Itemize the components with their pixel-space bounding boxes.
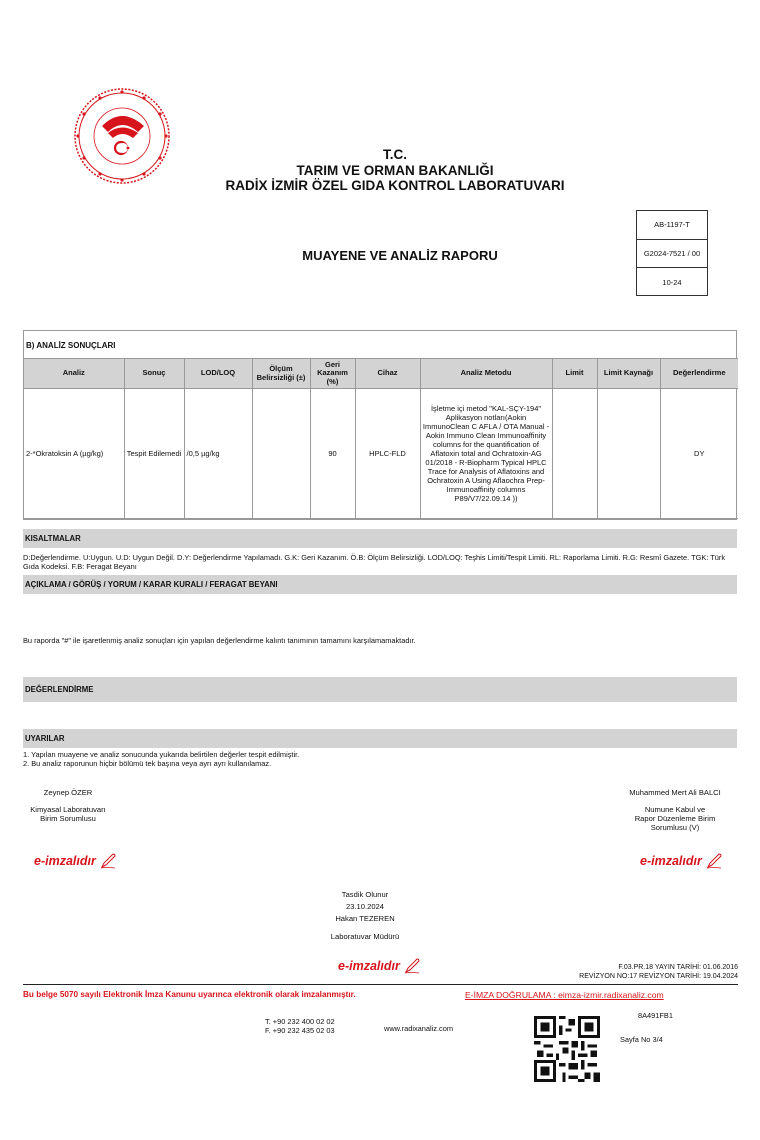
col-limit: Limit	[552, 359, 597, 389]
results-table: Analiz Sonuç LOD/LOQ Ölçüm Belirsizliği …	[24, 358, 738, 519]
verification-code: 8A491FB1	[638, 1011, 673, 1020]
cell-geri-kazanim: 90	[310, 389, 355, 519]
esignature-verify-link[interactable]: E-İMZA DOĞRULAMA : eimza-izmir.radixanal…	[465, 990, 664, 1000]
results-section-title: B) ANALİZ SONUÇLARI	[24, 331, 736, 358]
warnings-list: 1. Yapılan muayene ve analiz sonucunda y…	[23, 750, 737, 768]
warnings-title: UYARILAR	[23, 729, 737, 748]
col-limit-kaynagi: Limit Kaynağı	[597, 359, 660, 389]
header-ministry: TARIM VE ORMAN BAKANLIĞI	[180, 163, 610, 179]
signer-name: Hakan TEZEREN	[290, 913, 440, 925]
signature-right: Muhammed Mert Ali BALCI Numune Kabul ve …	[600, 788, 750, 832]
fax: F. +90 232 435 02 03	[265, 1026, 335, 1035]
remarks-text: Bu raporda "#" ile işaretlenmiş analiz s…	[23, 636, 737, 645]
esignature-center: e-imzalıdır	[338, 957, 421, 975]
approval-label: Tasdik Olunur	[290, 889, 440, 901]
table-header-row: Analiz Sonuç LOD/LOQ Ölçüm Belirsizliği …	[24, 359, 738, 389]
signer-role: Kimyasal Laboratuvarı Birim Sorumlusu	[18, 805, 118, 823]
esignature-right: e-imzalıdır	[640, 852, 723, 870]
col-olcum-belirsizligi: Ölçüm Belirsizliği (±)	[252, 359, 310, 389]
qr-code-icon	[534, 1016, 600, 1082]
table-row: 2-*Okratoksin A (µg/kg) Tespit Edilemedi…	[24, 389, 738, 519]
reference-box: AB-1197-T G2024-7521 / 00 10-24	[636, 210, 708, 296]
abbreviations-title: KISALTMALAR	[23, 529, 737, 548]
cell-analiz: 2-*Okratoksin A (µg/kg)	[24, 389, 124, 519]
footer-divider	[23, 984, 738, 985]
cell-lod-loq: /0,5 µg/kg	[184, 389, 252, 519]
page-number: Sayfa No 3/4	[620, 1035, 663, 1044]
website-link[interactable]: www.radixanaliz.com	[384, 1024, 453, 1033]
cell-limit	[552, 389, 597, 519]
pen-icon	[403, 957, 421, 975]
institution-header: T.C. TARIM VE ORMAN BAKANLIĞI RADİX İZMİ…	[180, 147, 610, 194]
form-revision-info: F.03.PR.18 YAYIN TARİHİ: 01.06.2016 REVİ…	[508, 963, 738, 981]
cell-degerlendirme: DY	[660, 389, 738, 519]
col-analiz-metodu: Analiz Metodu	[420, 359, 552, 389]
signature-center: Tasdik Olunur 23.10.2024 Hakan TEZEREN L…	[290, 889, 440, 943]
ministry-seal-icon	[72, 86, 172, 186]
warning-item: 2. Bu analiz raporunun hiçbir bölümü tek…	[23, 759, 737, 768]
contact-info: T. +90 232 400 02 02 F. +90 232 435 02 0…	[265, 1017, 335, 1035]
evaluation-title: DEĞERLENDİRME	[23, 677, 737, 702]
signer-role: Numune Kabul ve Rapor Düzenleme Birim So…	[600, 805, 750, 832]
col-degerlendirme: Değerlendirme	[660, 359, 738, 389]
approval-date: 23.10.2024	[290, 901, 440, 913]
legal-notice: Bu belge 5070 sayılı Elektronik İmza Kan…	[23, 990, 356, 999]
warning-item: 1. Yapılan muayene ve analiz sonucunda y…	[23, 750, 737, 759]
col-sonuc: Sonuç	[124, 359, 184, 389]
remarks-title: AÇIKLAMA / GÖRÜŞ / YORUM / KARAR KURALI …	[23, 575, 737, 594]
col-cihaz: Cihaz	[355, 359, 420, 389]
header-lab: RADİX İZMİR ÖZEL GIDA KONTROL LABORATUVA…	[180, 178, 610, 194]
report-title: MUAYENE VE ANALİZ RAPORU	[240, 248, 560, 263]
ministry-seal-logo	[72, 86, 172, 186]
header-tc: T.C.	[180, 147, 610, 163]
analysis-results-section: B) ANALİZ SONUÇLARI Analiz Sonuç LOD/LOQ…	[23, 330, 737, 520]
report-period: 10-24	[637, 268, 707, 297]
report-number: G2024-7521 / 00	[637, 240, 707, 269]
cell-cihaz: HPLC-FLD	[355, 389, 420, 519]
col-analiz: Analiz	[24, 359, 124, 389]
pen-icon	[705, 852, 723, 870]
signer-name: Muhammed Mert Ali BALCI	[600, 788, 750, 797]
signer-name: Zeynep ÖZER	[18, 788, 118, 797]
signature-left: Zeynep ÖZER Kimyasal Laboratuvarı Birim …	[18, 788, 118, 823]
esignature-left: e-imzalıdır	[34, 852, 117, 870]
col-geri-kazanim: Geri Kazanım (%)	[310, 359, 355, 389]
abbreviations-text: D:Değerlendirme. U:Uygun. U.D: Uygun Değ…	[23, 553, 737, 571]
signer-role: Laboratuvar Müdürü	[290, 931, 440, 943]
cell-olcum-belirsizligi	[252, 389, 310, 519]
col-lod-loq: LOD/LOQ	[184, 359, 252, 389]
cell-sonuc: Tespit Edilemedi	[124, 389, 184, 519]
accreditation-code: AB-1197-T	[637, 211, 707, 240]
cell-limit-kaynagi	[597, 389, 660, 519]
phone: T. +90 232 400 02 02	[265, 1017, 335, 1026]
pen-icon	[99, 852, 117, 870]
cell-analiz-metodu: İşletme içi metod "KAL-SÇY-194" Aplikasy…	[420, 389, 552, 519]
